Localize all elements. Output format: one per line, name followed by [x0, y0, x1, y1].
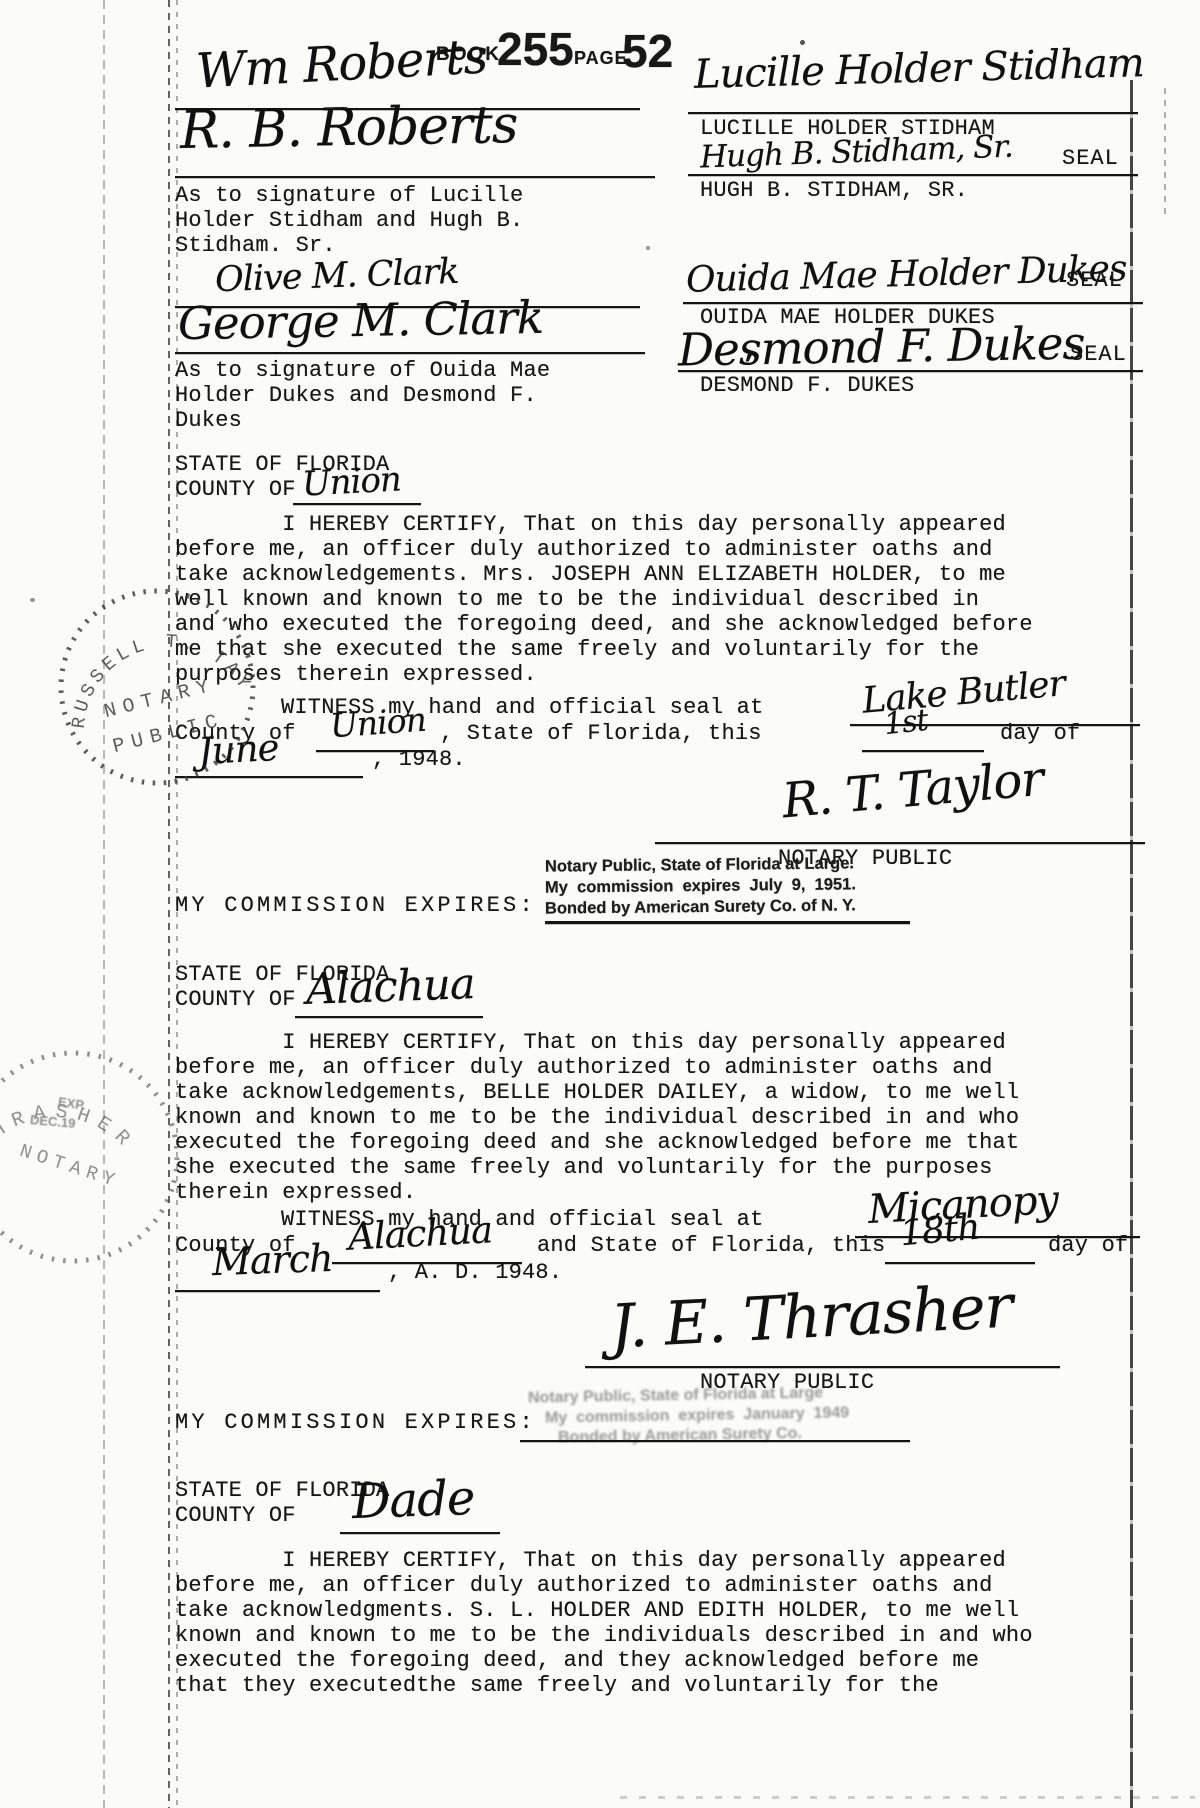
county-label: COUNTY OF: [175, 987, 296, 1012]
book-number: 255: [497, 22, 574, 76]
signature-line: [175, 176, 655, 178]
year-phrase: , 1948.: [372, 747, 466, 772]
signature-line: [688, 174, 1138, 176]
state-phrase: and State of Florida, this: [537, 1233, 885, 1258]
notary-commission-stamp-line: Bonded by American Surety Co. of N. Y.: [545, 895, 856, 918]
witness-signature: R. B. Roberts: [180, 95, 518, 161]
scan-left-margin-line-outer: [103, 0, 105, 1808]
signer-signature: Desmond F. Dukes: [678, 316, 1085, 376]
certify-paragraph: I HEREBY CERTIFY, That on this day perso…: [175, 512, 1033, 687]
page-number: 52: [622, 24, 673, 78]
county-blank-line: [340, 1532, 500, 1534]
signature-line: [683, 302, 1143, 304]
day-handwritten: 1st: [882, 703, 929, 742]
scanned-deed-page: BOOK 255 PAGE 52 Wm Roberts R. B. Robert…: [0, 0, 1200, 1808]
county-blank-line: [293, 503, 421, 505]
commission-expires-label: MY COMMISSION EXPIRES:: [175, 1410, 536, 1435]
county-label: COUNTY OF: [175, 1503, 296, 1528]
scan-speck: [30, 598, 35, 602]
notary-commission-stamp-line: My commission expires July 9, 1951.: [545, 874, 856, 897]
signer-typed-name: DESMOND F. DUKES: [700, 373, 914, 398]
witness-caption: As to signature of Ouida Mae Holder Duke…: [175, 358, 550, 433]
notary-signature: R. T. Taylor: [780, 751, 1045, 830]
seal-word1: NOTARY: [17, 1140, 123, 1193]
state-phrase: , State of Florida, this: [440, 721, 762, 746]
certify-paragraph: I HEREBY CERTIFY, That on this day perso…: [175, 1548, 1033, 1698]
day-blank-line: [862, 750, 984, 752]
day-blank-line: [885, 1262, 1035, 1264]
witness-caption: As to signature of Lucille Holder Stidha…: [175, 183, 523, 258]
day-handwritten: 18th: [898, 1207, 981, 1255]
county-handwritten: Union: [301, 459, 402, 504]
scan-bottom-noise: [620, 1796, 1195, 1799]
signer-typed-name: HUGH B. STIDHAM, SR.: [700, 178, 968, 203]
month-blank-line: [175, 1290, 380, 1292]
county-blank-line: [295, 1016, 483, 1018]
notary-signature: J. E. Thrasher: [608, 1272, 1013, 1363]
seal-word: SEAL: [1062, 146, 1119, 171]
commission-expires-label: MY COMMISSION EXPIRES:: [175, 893, 536, 918]
witness-signature: George M. Clark: [178, 291, 544, 350]
commission-blank-line: [545, 921, 910, 924]
signature-line: [175, 352, 645, 354]
day-of-label: day of: [1000, 721, 1080, 746]
signer-signature: Lucille Holder Stidham: [693, 40, 1144, 98]
seal-word: SEAL: [1066, 268, 1123, 293]
svg-text:THRASHER: THRASHER: [0, 1075, 145, 1202]
stray-apostrophe-mark: ’: [740, 348, 759, 385]
notary-signature-line: [585, 1366, 1060, 1368]
county-handwritten: Alachua: [305, 959, 475, 1015]
year-phrase: , A. D. 1948.: [388, 1260, 562, 1285]
day-of-label: day of: [1048, 1233, 1128, 1258]
county-handwritten: Union: [329, 700, 427, 746]
scan-right-margin-line: [1130, 80, 1133, 1808]
scan-speck: [800, 40, 805, 45]
scan-right-margin-line-short: [1164, 88, 1166, 218]
certify-paragraph: I HEREBY CERTIFY, That on this day perso…: [175, 1030, 1019, 1205]
notary-commission-stamp-faint-line: Bonded by American Surety Co.: [558, 1424, 802, 1448]
page-label: PAGE: [574, 46, 628, 71]
county-handwritten: Alachua: [347, 1208, 493, 1258]
signature-line: [688, 112, 1138, 114]
signer-signature: Ouida Mae Holder Dukes: [686, 248, 1127, 301]
witness-signature: Wm Roberts: [195, 28, 489, 99]
county-label: COUNTY OF: [175, 477, 296, 502]
notary-commission-stamp-line: Notary Public, State of Florida at Large…: [545, 853, 854, 876]
county-handwritten: Dade: [351, 1470, 475, 1530]
commission-blank-line: [520, 1440, 910, 1442]
month-handwritten: March: [211, 1236, 333, 1284]
notary-signature-line: [655, 842, 1145, 844]
scan-speck: [646, 246, 650, 250]
scan-left-margin-line: [168, 0, 170, 1808]
seal-arc-text: THRASHER: [0, 1075, 145, 1202]
seal-word: SEAL: [1070, 342, 1127, 367]
